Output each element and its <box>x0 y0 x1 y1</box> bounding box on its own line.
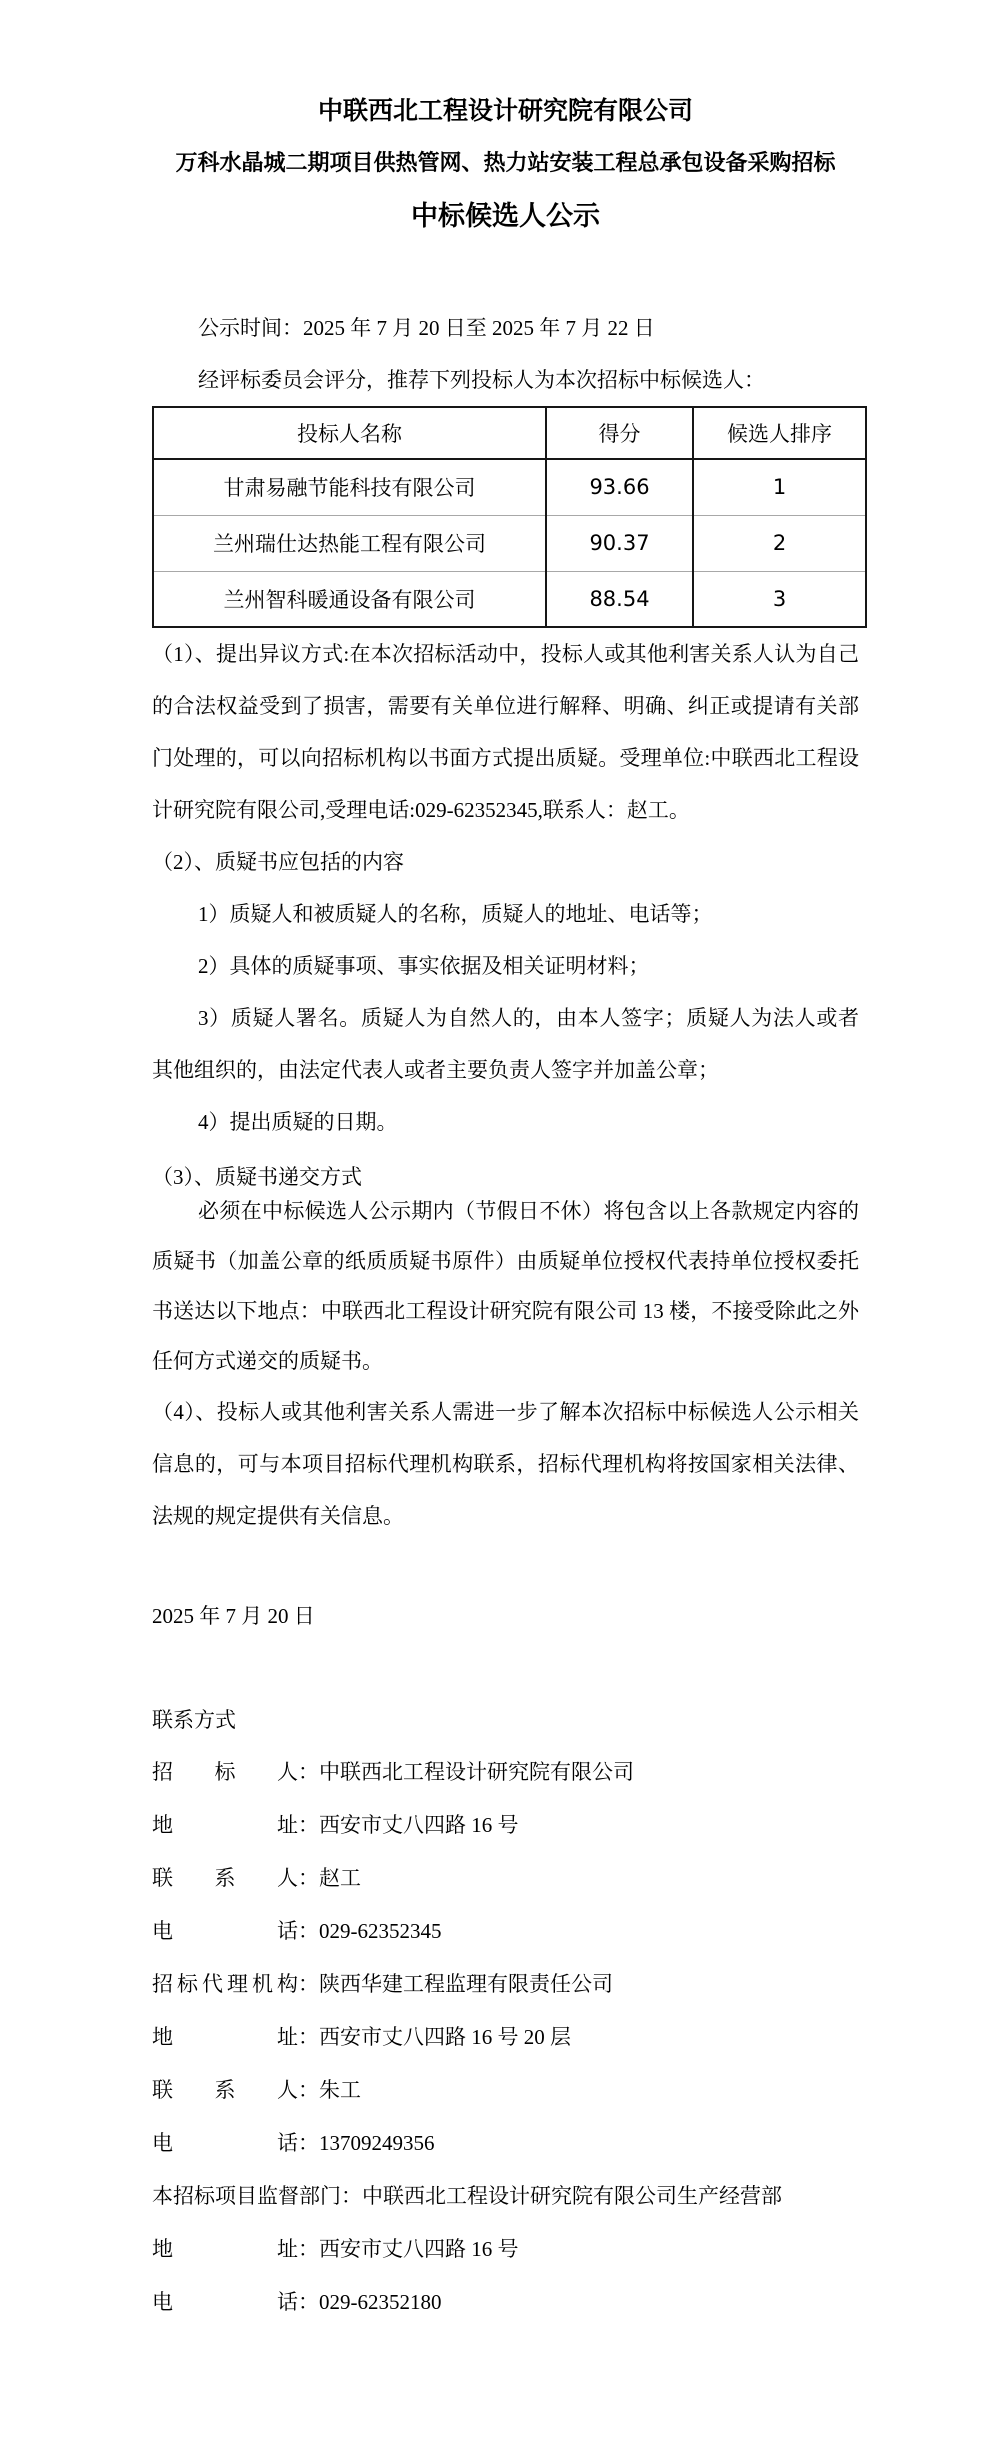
paragraph-further-info: （4）、投标人或其他利害关系人需进一步了解本次招标中标候选人公示相关信息的，可与… <box>152 1386 859 1542</box>
contact-section-title: 联系方式 <box>152 1694 859 1746</box>
contact-value: 赵工 <box>319 1866 361 1890</box>
contact-label: 招标代理机构 <box>152 1958 298 2011</box>
contact-label: 联系人 <box>152 2064 298 2117</box>
bidder-name-cell: 兰州智科暖通设备有限公司 <box>153 571 546 627</box>
contact-label: 电话 <box>152 2117 298 2170</box>
contact-value: 029-62352180 <box>319 2290 442 2314</box>
contact-label: 联系人 <box>152 1852 298 1905</box>
candidates-table-body: 甘肃易融节能科技有限公司93.661兰州瑞仕达热能工程有限公司90.372兰州智… <box>153 459 866 627</box>
org-title: 中联西北工程设计研究院有限公司 <box>152 99 859 125</box>
contact-value: 西安市丈八四路 16 号 <box>319 2237 519 2261</box>
contact-label: 招标人 <box>152 1746 298 1799</box>
contact-label: 电话 <box>152 1905 298 1958</box>
contact-value: 陕西华建工程监理有限责任公司 <box>319 1972 613 1996</box>
project-title: 万科水晶城二期项目供热管网、热力站安装工程总承包设备采购招标 <box>152 151 859 175</box>
contact-colon: ： <box>298 2064 319 2117</box>
contact-row: 联系人：朱工 <box>152 2064 859 2117</box>
contact-value: 13709249356 <box>319 2131 435 2155</box>
rank-cell: 2 <box>693 515 866 571</box>
contact-row: 地址：西安市丈八四路 16 号 <box>152 1799 859 1852</box>
contact-value: 西安市丈八四路 16 号 <box>319 1813 519 1837</box>
contact-value: 西安市丈八四路 16 号 20 层 <box>319 2025 571 2049</box>
contact-label: 电话 <box>152 2276 298 2329</box>
contact-colon: ： <box>298 2223 319 2276</box>
header-cell-bidder: 投标人名称 <box>153 407 546 459</box>
contact-colon: ： <box>298 2117 319 2170</box>
contact-label: 本招标项目监督部门 <box>152 2170 341 2223</box>
contact-row: 电话：13709249356 <box>152 2117 859 2170</box>
paragraph-objection-method: （1）、提出异议方式:在本次招标活动中，投标人或其他利害关系人认为自己的合法权益… <box>152 628 859 836</box>
contact-label: 地址 <box>152 2223 298 2276</box>
document-content: 中联西北工程设计研究院有限公司 万科水晶城二期项目供热管网、热力站安装工程总承包… <box>152 99 859 2329</box>
inquiry-item-1: 1）质疑人和被质疑人的名称，质疑人的地址、电话等； <box>152 888 859 940</box>
contact-row: 招标人：中联西北工程设计研究院有限公司 <box>152 1746 859 1799</box>
score-cell: 93.66 <box>546 459 693 515</box>
contact-row: 电话：029-62352345 <box>152 1905 859 1958</box>
contact-row: 地址：西安市丈八四路 16 号 <box>152 2223 859 2276</box>
table-row: 兰州智科暖通设备有限公司88.543 <box>153 571 866 627</box>
table-row: 甘肃易融节能科技有限公司93.661 <box>153 459 866 515</box>
candidates-table-header: 投标人名称 得分 候选人排序 <box>153 407 866 459</box>
score-cell: 88.54 <box>546 571 693 627</box>
bidder-name-cell: 甘肃易融节能科技有限公司 <box>153 459 546 515</box>
contact-value: 中联西北工程设计研究院有限公司生产经营部 <box>362 2184 782 2208</box>
inquiry-item-3: 3）质疑人署名。质疑人为自然人的，由本人签字；质疑人为法人或者其他组织的，由法定… <box>152 992 859 1096</box>
contact-row: 招标代理机构：陕西华建工程监理有限责任公司 <box>152 1958 859 2011</box>
header-row: 投标人名称 得分 候选人排序 <box>153 407 866 459</box>
inquiry-item-4: 4）提出质疑的日期。 <box>152 1096 859 1148</box>
contact-row: 地址：西安市丈八四路 16 号 20 层 <box>152 2011 859 2064</box>
contact-colon: ： <box>298 2011 319 2064</box>
intro-block: 公示时间：2025 年 7 月 20 日至 2025 年 7 月 22 日 经评… <box>152 302 859 406</box>
contact-label: 地址 <box>152 1799 298 1852</box>
announcement-title: 中标候选人公示 <box>152 202 859 230</box>
publicity-period-line: 公示时间：2025 年 7 月 20 日至 2025 年 7 月 22 日 <box>152 302 859 354</box>
contact-label: 地址 <box>152 2011 298 2064</box>
date-line: 2025 年 7 月 20 日 <box>152 1590 859 1642</box>
contact-row: 联系人：赵工 <box>152 1852 859 1905</box>
contact-colon: ： <box>298 1958 319 2011</box>
contact-value: 朱工 <box>319 2078 361 2102</box>
header-cell-score: 得分 <box>546 407 693 459</box>
contact-colon: ： <box>298 1799 319 1852</box>
announcement-document: 中联西北工程设计研究院有限公司 万科水晶城二期项目供热管网、热力站安装工程总承包… <box>0 0 1000 2455</box>
contact-value: 029-62352345 <box>319 1919 442 1943</box>
section-header-inquiry-content: （2）、质疑书应包括的内容 <box>152 836 859 888</box>
table-row: 兰州瑞仕达热能工程有限公司90.372 <box>153 515 866 571</box>
contact-row: 本招标项目监督部门：中联西北工程设计研究院有限公司生产经营部 <box>152 2170 859 2223</box>
contact-list: 招标人：中联西北工程设计研究院有限公司地址：西安市丈八四路 16 号联系人：赵工… <box>152 1746 859 2329</box>
contact-colon: ： <box>298 2276 319 2329</box>
contact-colon: ： <box>298 1746 319 1799</box>
header-cell-rank: 候选人排序 <box>693 407 866 459</box>
score-cell: 90.37 <box>546 515 693 571</box>
contact-value: 中联西北工程设计研究院有限公司 <box>319 1760 634 1784</box>
bidder-name-cell: 兰州瑞仕达热能工程有限公司 <box>153 515 546 571</box>
contact-colon: ： <box>298 1852 319 1905</box>
contact-row: 电话：029-62352180 <box>152 2276 859 2329</box>
paragraph-delivery-details: 必须在中标候选人公示期内（节假日不休）将包含以上各款规定内容的质疑书（加盖公章的… <box>152 1186 859 1386</box>
rank-cell: 1 <box>693 459 866 515</box>
inquiry-item-2: 2）具体的质疑事项、事实依据及相关证明材料； <box>152 940 859 992</box>
contact-colon: ： <box>298 1905 319 1958</box>
rank-cell: 3 <box>693 571 866 627</box>
contact-colon: ： <box>341 2170 362 2223</box>
evaluation-note-line: 经评标委员会评分，推荐下列投标人为本次招标中标候选人： <box>152 354 859 406</box>
candidates-table: 投标人名称 得分 候选人排序 甘肃易融节能科技有限公司93.661兰州瑞仕达热能… <box>152 406 867 628</box>
